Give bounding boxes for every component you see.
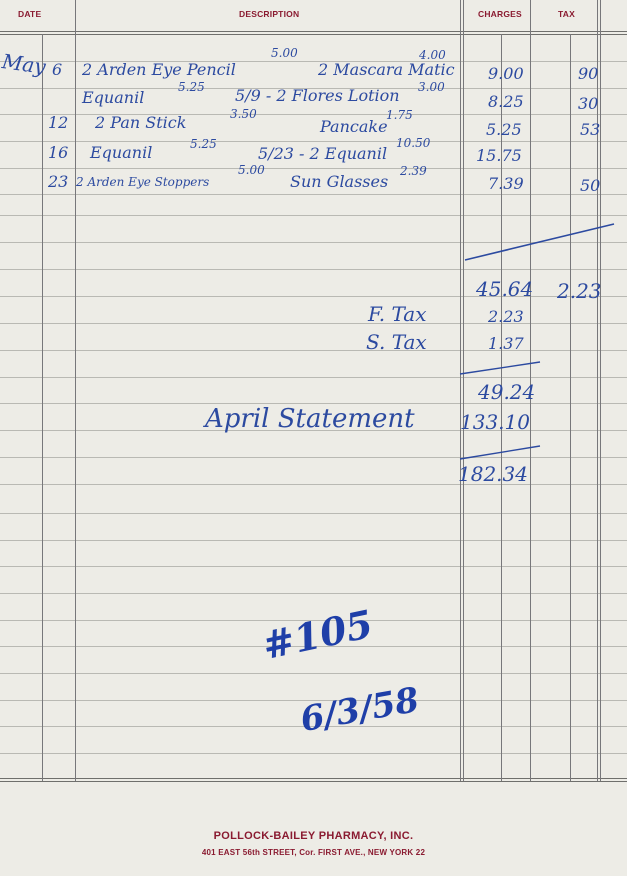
company-address: 401 EAST 56th STREET, Cor. FIRST AVE., N… <box>0 848 627 857</box>
ledger-sheet: DATE DESCRIPTION CHARGES TAX May 6 2 Ard… <box>0 0 627 876</box>
ink-underlines <box>0 0 627 876</box>
company-name: POLLOCK-BAILEY PHARMACY, INC. <box>0 830 627 842</box>
